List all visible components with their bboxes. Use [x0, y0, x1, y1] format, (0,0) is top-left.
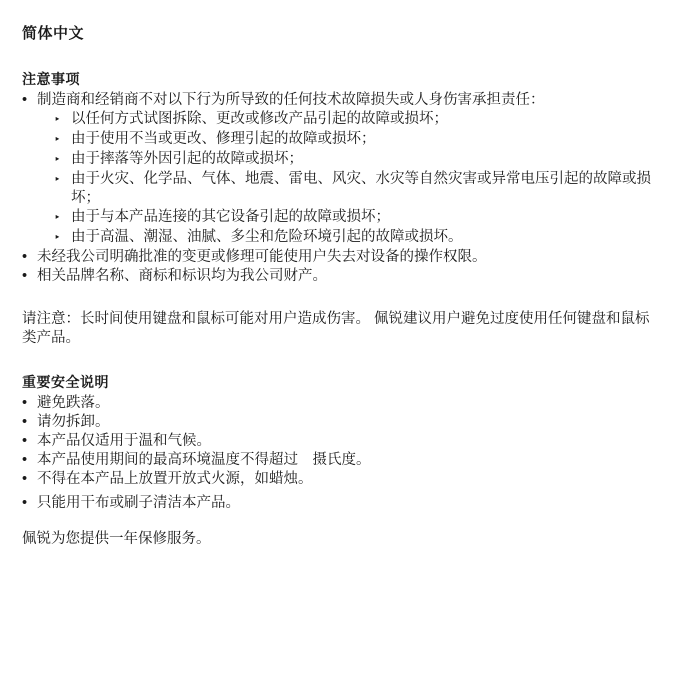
list-item: ‣ 由于高温、潮湿、油腻、多尘和危险环境引起的故障或损坏。	[54, 228, 656, 248]
list-item-text: 只能用干布或刷子清洁本产品。	[37, 494, 240, 513]
list-item-text: 以任何方式试图拆除、更改或修改产品引起的故障或损坏；	[71, 110, 448, 129]
list-item: • 只能用干布或刷子清洁本产品。	[22, 494, 656, 513]
list-item-text: 由于高温、潮湿、油腻、多尘和危险环境引起的故障或损坏。	[71, 228, 463, 247]
liability-sublist: ‣ 以任何方式试图拆除、更改或修改产品引起的故障或损坏； ‣ 由于使用不当或更改…	[54, 110, 656, 248]
list-item: ‣ 由于摔落等外因引起的故障或损坏；	[54, 150, 656, 170]
list-item: • 本产品使用期间的最高环境温度不得超过 摄氏度。	[22, 451, 656, 470]
list-item-text: 制造商和经销商不对以下行为所导致的任何技术故障损失或人身伤害承担责任：	[37, 91, 545, 110]
notices-section: 注意事项 • 制造商和经销商不对以下行为所导致的任何技术故障损失或人身伤害承担责…	[22, 69, 656, 348]
bullet-icon: •	[22, 91, 37, 110]
triangle-bullet-icon: ‣	[54, 170, 71, 190]
triangle-bullet-icon: ‣	[54, 130, 71, 150]
list-item: • 避免跌落。	[22, 394, 656, 413]
document-page: 简体中文 注意事项 • 制造商和经销商不对以下行为所导致的任何技术故障损失或人身…	[0, 0, 680, 680]
bullet-icon: •	[22, 451, 37, 470]
page-title: 简体中文	[22, 22, 656, 43]
list-item-text: 请勿拆卸。	[37, 413, 110, 432]
notices-list: • 制造商和经销商不对以下行为所导致的任何技术故障损失或人身伤害承担责任： ‣ …	[22, 91, 656, 286]
list-item: • 请勿拆卸。	[22, 413, 656, 432]
list-item-text: 由于火灾、化学品、气体、地震、雷电、风灾、水灾等自然灾害或异常电压引起的故障或损…	[71, 170, 656, 208]
liability-item: • 制造商和经销商不对以下行为所导致的任何技术故障损失或人身伤害承担责任：	[22, 91, 656, 110]
bullet-icon: •	[22, 432, 37, 451]
list-item-text: 避免跌落。	[37, 394, 110, 413]
list-item: ‣ 以任何方式试图拆除、更改或修改产品引起的故障或损坏；	[54, 110, 656, 130]
list-item-text: 不得在本产品上放置开放式火源，如蜡烛。	[37, 470, 313, 489]
list-item-text: 由于与本产品连接的其它设备引起的故障或损坏；	[71, 208, 390, 227]
list-item-text: 由于摔落等外因引起的故障或损坏；	[71, 150, 303, 169]
safety-section: 重要安全说明 • 避免跌落。 • 请勿拆卸。 • 本产品仅适用于温和气候。 • …	[22, 372, 656, 513]
triangle-bullet-icon: ‣	[54, 208, 71, 228]
list-item: • 制造商和经销商不对以下行为所导致的任何技术故障损失或人身伤害承担责任： ‣ …	[22, 91, 656, 248]
list-item: ‣ 由于火灾、化学品、气体、地震、雷电、风灾、水灾等自然灾害或异常电压引起的故障…	[54, 170, 656, 208]
list-item: ‣ 由于使用不当或更改、修理引起的故障或损坏；	[54, 130, 656, 150]
bullet-icon: •	[22, 267, 37, 286]
triangle-bullet-icon: ‣	[54, 110, 71, 130]
warranty-paragraph: 佩锐为您提供一年保修服务。	[22, 530, 656, 549]
bullet-icon: •	[22, 413, 37, 432]
list-item-text: 由于使用不当或更改、修理引起的故障或损坏；	[71, 130, 376, 149]
bullet-icon: •	[22, 394, 37, 413]
list-item: • 不得在本产品上放置开放式火源，如蜡烛。	[22, 470, 656, 489]
triangle-bullet-icon: ‣	[54, 150, 71, 170]
safety-heading: 重要安全说明	[22, 372, 656, 392]
list-item: • 本产品仅适用于温和气候。	[22, 432, 656, 451]
list-item: • 未经我公司明确批准的变更或修理可能使用户失去对设备的操作权限。	[22, 248, 656, 267]
bullet-icon: •	[22, 494, 37, 513]
list-item-text: 本产品使用期间的最高环境温度不得超过 摄氏度。	[37, 451, 371, 470]
list-item-text: 未经我公司明确批准的变更或修理可能使用户失去对设备的操作权限。	[37, 248, 487, 267]
bullet-icon: •	[22, 248, 37, 267]
list-item: ‣ 由于与本产品连接的其它设备引起的故障或损坏；	[54, 208, 656, 228]
notices-heading: 注意事项	[22, 69, 656, 89]
usage-note-paragraph: 请注意：长时间使用键盘和鼠标可能对用户造成伤害。 佩锐建议用户避免过度使用任何键…	[22, 310, 656, 348]
list-item: • 相关品牌名称、商标和标识均为我公司财产。	[22, 267, 656, 286]
list-item-text: 相关品牌名称、商标和标识均为我公司财产。	[37, 267, 327, 286]
safety-list: • 避免跌落。 • 请勿拆卸。 • 本产品仅适用于温和气候。 • 本产品使用期间…	[22, 394, 656, 513]
bullet-icon: •	[22, 470, 37, 489]
list-item-text: 本产品仅适用于温和气候。	[37, 432, 211, 451]
triangle-bullet-icon: ‣	[54, 228, 71, 248]
